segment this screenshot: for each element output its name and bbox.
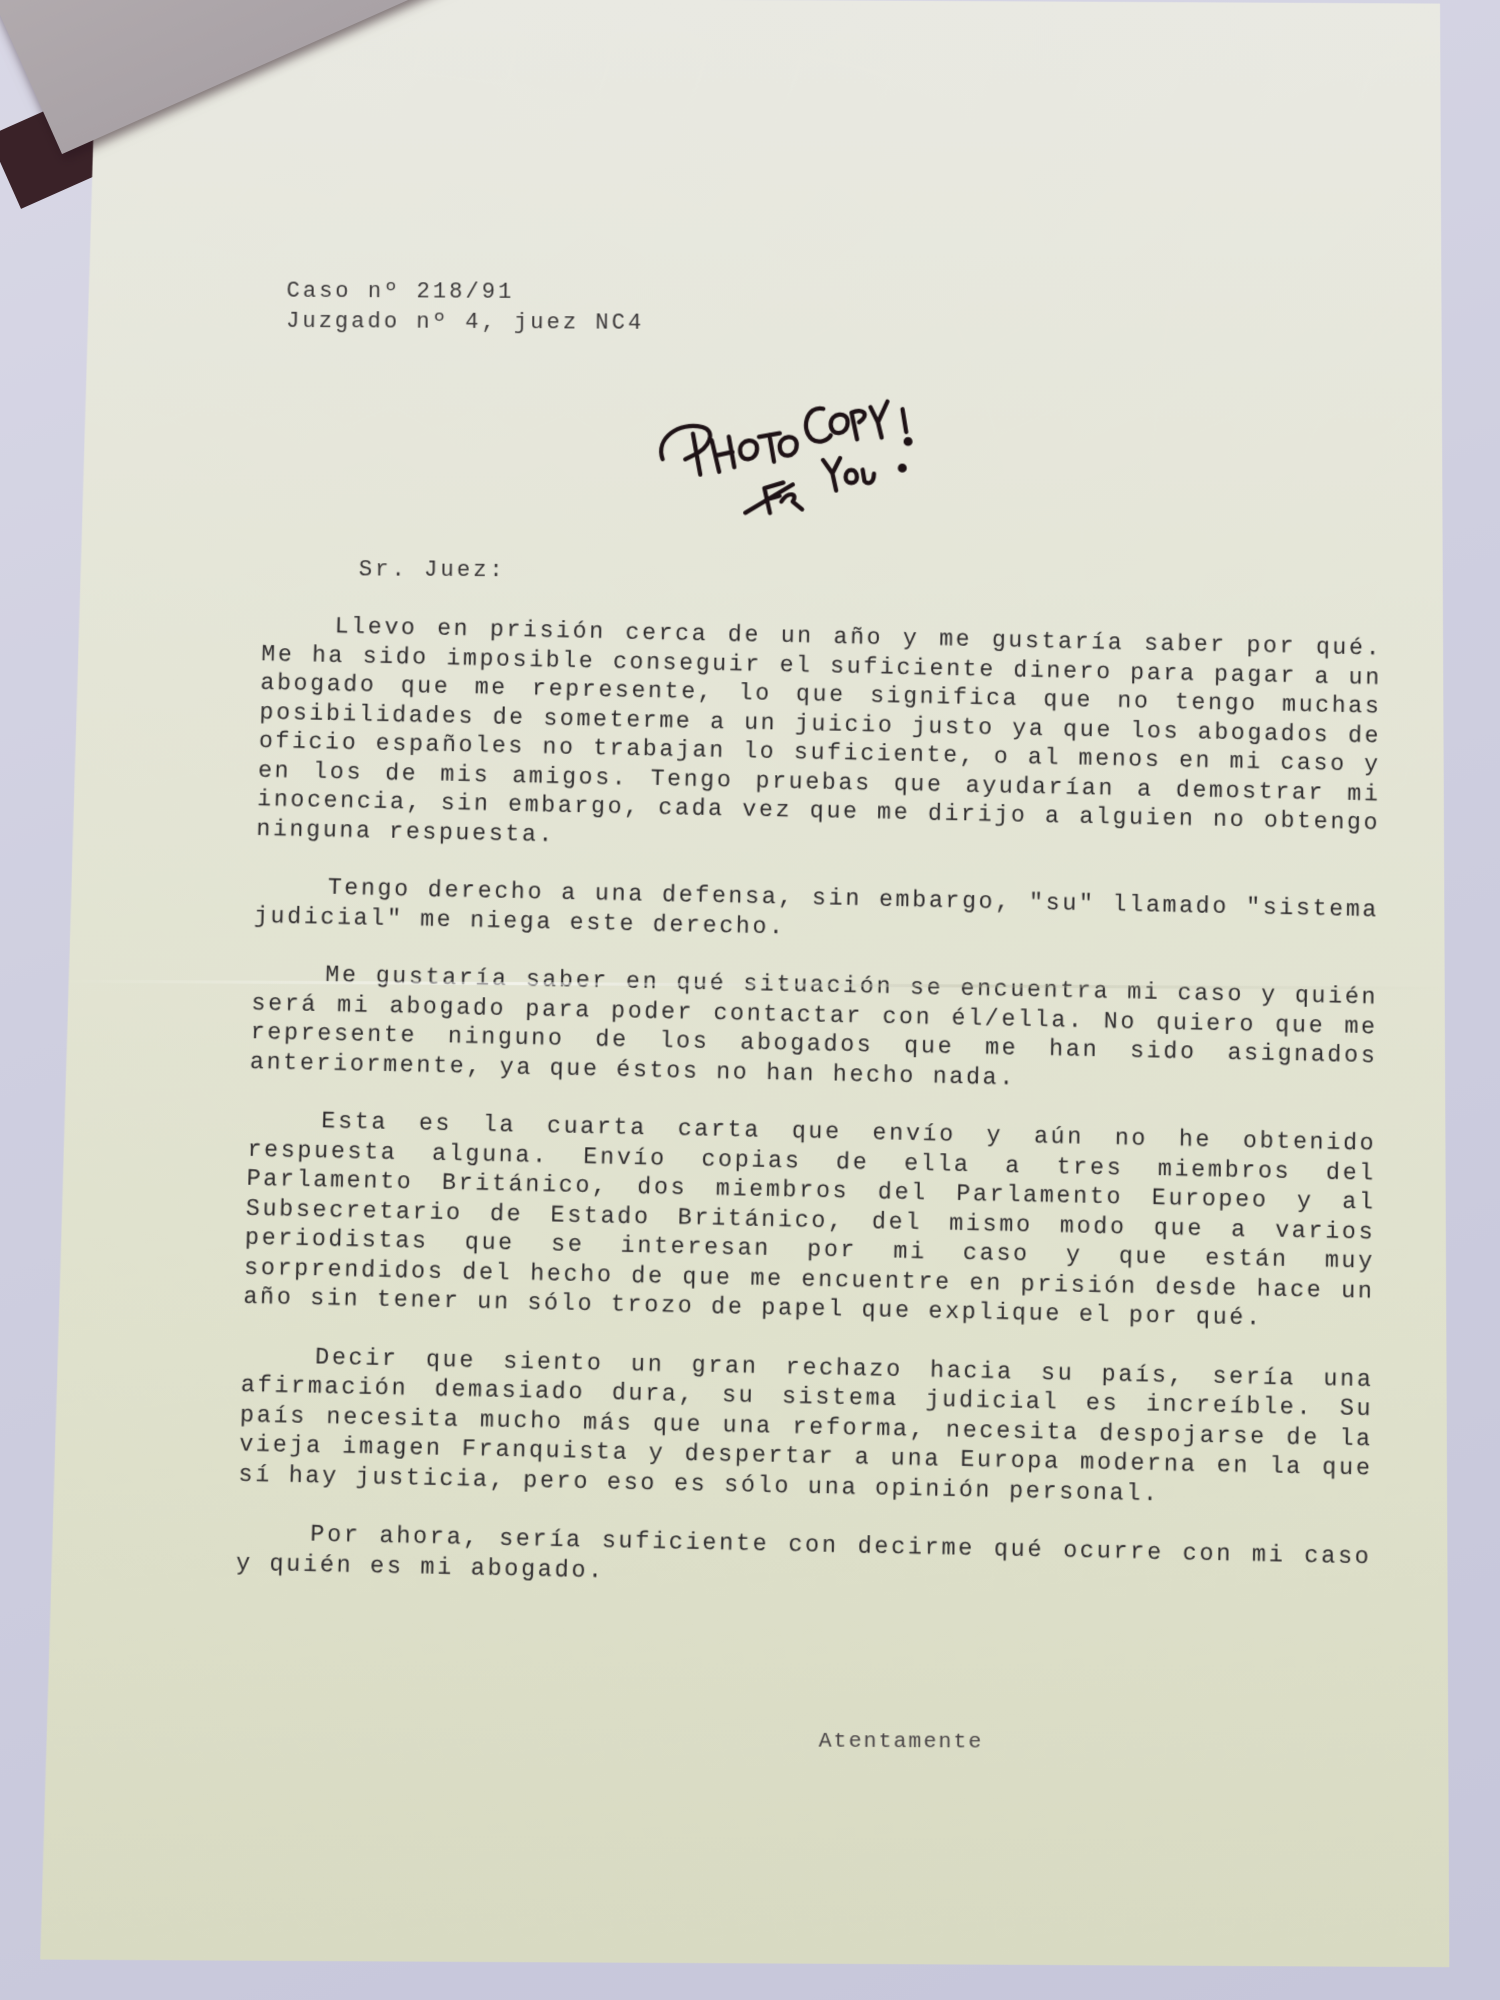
letter-body: Llevo en prisión cerca de un año y me gu… <box>235 610 1383 1631</box>
closing-signoff: Atentamente <box>819 1730 984 1755</box>
paragraph-1: Llevo en prisión cerca de un año y me gu… <box>256 610 1382 866</box>
paragraph-2: Tengo derecho a una defensa, sin embargo… <box>254 872 1380 954</box>
salutation: Sr. Juez: <box>359 557 506 583</box>
paragraph-6: Por ahora, sería suficiente con decirme … <box>236 1518 1372 1602</box>
paragraph-4: Esta es la cuarta carta que envío y aún … <box>243 1105 1377 1336</box>
case-header: Caso nº 218/91 Juzgado nº 4, juez NC4 <box>286 277 645 339</box>
letter-sheet: Caso nº 218/91 Juzgado nº 4, juez NC4 PH… <box>40 0 1449 1967</box>
court-info: Juzgado nº 4, juez NC4 <box>286 307 644 339</box>
paragraph-3: Me gustaría saber en qué situación se en… <box>250 959 1379 1100</box>
handwritten-note-photocopy-for-you: PHOTO COPY! <box>626 376 929 540</box>
paragraph-5: Decir que siento un gran rechazo hacia s… <box>238 1341 1374 1514</box>
case-number: Caso nº 218/91 <box>286 277 644 309</box>
